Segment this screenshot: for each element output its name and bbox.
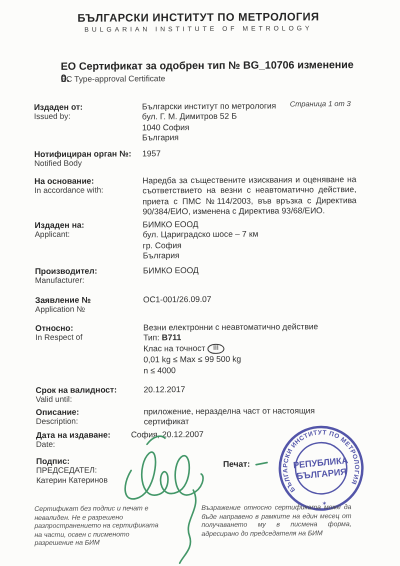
description-label-bg: Описание: xyxy=(36,406,140,417)
type-value: В711 xyxy=(162,333,181,343)
section-respect-of: Относно: In Respect of Везни електронни … xyxy=(35,321,365,323)
description-value: приложение, неразделна част от настоящия… xyxy=(144,405,358,427)
class-label: Клас на точност xyxy=(143,343,205,353)
applicant-label-bg: Издаден на: xyxy=(35,219,139,230)
accordance-text: Наредба за съществените изисквания и оце… xyxy=(142,174,356,217)
section-application: Заявление № Application № ОС1-001/26.09.… xyxy=(35,293,365,295)
certificate-page: БЪЛГАРСКИ ИНСТИТУТ ПО МЕТРОЛОГИЯ BULGARI… xyxy=(0,0,400,566)
description-label-en: Description: xyxy=(36,416,140,427)
section-issued-by: Издаден от: Issued by: Български институ… xyxy=(34,100,364,102)
official-round-stamp: БЪЛГАРСКИ ИНСТИТУТ ПО МЕТРОЛОГИЯ РЕПУБЛИ… xyxy=(278,425,365,512)
institute-name-en: BULGARIAN INSTITUTE OF METROLOGY xyxy=(0,25,398,34)
notified-body-label-en: Notified Body xyxy=(34,158,138,169)
section-signature: Подпис: ПРЕДСЕДАТЕЛ: Катерин Катеринов xyxy=(36,455,146,486)
chairman-title: ПРЕДСЕДАТЕЛ: xyxy=(36,465,146,476)
date-label-bg: Дата на издаване: xyxy=(36,429,140,440)
respect-label-en: In Respect of xyxy=(35,332,139,343)
notified-body-value: 1957 xyxy=(142,147,356,159)
valid-until-label-bg: Срок на валидност: xyxy=(36,384,140,395)
section-description: Описание: Description: приложение, нераз… xyxy=(36,405,366,407)
issued-by-line: България xyxy=(142,131,356,143)
certificate-title-en: EC Type-approval Certificate xyxy=(61,74,166,84)
manufacturer-value: БИМКО ЕООД xyxy=(143,264,357,276)
application-label-en: Application № xyxy=(35,304,139,315)
application-value: ОС1-001/26.09.07 xyxy=(143,293,357,305)
accordance-label-en: In accordance with: xyxy=(34,185,138,196)
footnote-objection: Възражение относно сертификата може да б… xyxy=(201,504,351,539)
class-oval-mark: III xyxy=(208,344,225,355)
type-label: Тип: xyxy=(143,333,159,343)
valid-until-label-en: Valid until: xyxy=(36,394,140,405)
date-label-en: Date: xyxy=(36,439,140,450)
valid-until-value: 20.12.2017 xyxy=(144,383,358,395)
footnote-validity: Сертификат без подпис и печат е невалиде… xyxy=(34,505,162,549)
chairman-name: Катерин Катеринов xyxy=(36,475,146,486)
section-applicant: Издаден на: Applicant: БИМКО ЕООД бул. Ц… xyxy=(35,218,365,220)
signature-label: Подпис: xyxy=(36,455,146,466)
issued-by-label-bg: Издаден от: xyxy=(34,101,138,112)
section-accordance: На основание: In accordance with: Наредб… xyxy=(34,174,364,176)
issued-by-label-en: Issued by: xyxy=(34,111,138,122)
manufacturer-label-en: Manufacturer: xyxy=(35,275,139,286)
applicant-line: България xyxy=(143,249,357,261)
application-label-bg: Заявление № xyxy=(35,294,139,305)
notified-body-label-bg: Нотифициран орган №: xyxy=(34,148,138,159)
institute-name-bg: БЪЛГАРСКИ ИНСТИТУТ ПО МЕТРОЛОГИЯ xyxy=(0,11,398,25)
scale-intervals: n ≤ 4000 xyxy=(144,364,358,376)
applicant-label-en: Applicant: xyxy=(35,229,139,240)
section-notified-body: Нотифициран орган №: Notified Body 1957 xyxy=(34,147,364,149)
respect-label-bg: Относно: xyxy=(35,322,139,333)
seal-label: Печат: xyxy=(223,459,250,469)
section-valid-until: Срок на валидност: Valid until: 20.12.20… xyxy=(36,383,366,385)
section-manufacturer: Производител: Manufacturer: БИМКО ЕООД xyxy=(35,264,365,266)
manufacturer-label-bg: Производител: xyxy=(35,265,139,276)
accordance-label-bg: На основание: xyxy=(34,175,138,186)
